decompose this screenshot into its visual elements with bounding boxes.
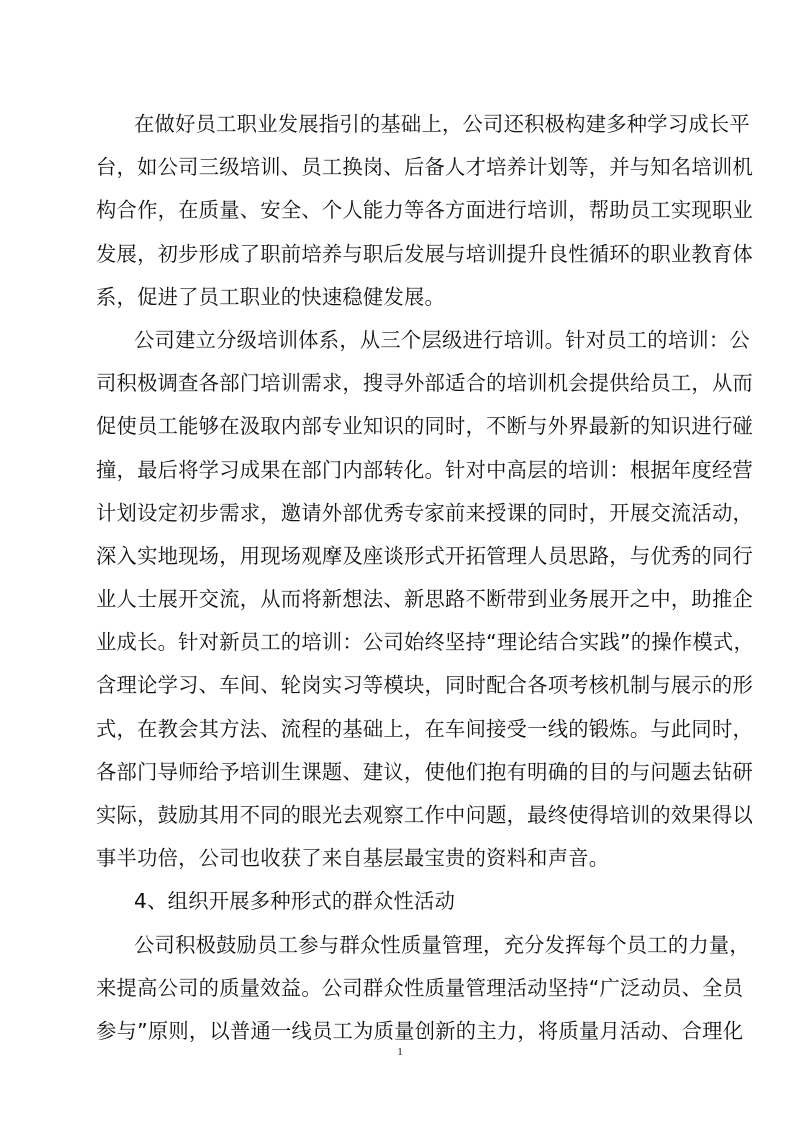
text-line: 业成长。针对新员工的培训：公司始终坚持“理论结合实践”的操作模式， (96, 621, 716, 664)
text-line: 式，在教会其方法、流程的基础上，在车间接受一线的锻炼。与此同时， (96, 708, 716, 751)
text-line: 撞，最后将学习成果在部门内部转化。针对中高层的培训：根据年度经营 (96, 449, 716, 492)
text-line: 来提高公司的质量效益。公司群众性质量管理活动坚持“广泛动员、全员 (96, 967, 716, 1010)
text-line: 台，如公司三级培训、员工换岗、后备人才培养计划等，并与知名培训机 (96, 146, 716, 189)
text-line: 事半功倍，公司也收获了来自基层最宝贵的资料和声音。 (96, 837, 716, 880)
text-line: 在做好员工职业发展指引的基础上，公司还积极构建多种学习成长平 (96, 103, 716, 146)
text-line: 公司建立分级培训体系，从三个层级进行培训。针对员工的培训：公 (96, 319, 716, 362)
section-heading-4: 4、组织开展多种形式的群众性活动 (96, 880, 716, 923)
text-line: 计划设定初步需求，邀请外部优秀专家前来授课的同时，开展交流活动， (96, 492, 716, 535)
section-heading-text: 4、组织开展多种形式的群众性活动 (96, 880, 716, 923)
paragraph-mass-quality-activities: 公司积极鼓励员工参与群众性质量管理，充分发挥每个员工的力量， 来提高公司的质量效… (96, 924, 716, 1054)
text-line: 深入实地现场，用现场观摩及座谈形式开拓管理人员思路，与优秀的同行 (96, 535, 716, 578)
document-page: 在做好员工职业发展指引的基础上，公司还积极构建多种学习成长平 台，如公司三级培训… (0, 0, 800, 1139)
text-line: 构合作，在质量、安全、个人能力等各方面进行培训，帮助员工实现职业 (96, 189, 716, 232)
text-line: 促使员工能够在汲取内部专业知识的同时，不断与外界最新的知识进行碰 (96, 405, 716, 448)
text-line: 实际，鼓励其用不同的眼光去观察工作中问题，最终使得培训的效果得以 (96, 794, 716, 837)
text-line: 司积极调查各部门培训需求，搜寻外部适合的培训机会提供给员工，从而 (96, 362, 716, 405)
text-line: 含理论学习、车间、轮岗实习等模块，同时配合各项考核机制与展示的形 (96, 664, 716, 707)
text-line: 公司积极鼓励员工参与群众性质量管理，充分发挥每个员工的力量， (96, 924, 716, 967)
paragraph-career-platform: 在做好员工职业发展指引的基础上，公司还积极构建多种学习成长平 台，如公司三级培训… (96, 103, 716, 319)
paragraph-tiered-training: 公司建立分级培训体系，从三个层级进行培训。针对员工的培训：公 司积极调查各部门培… (96, 319, 716, 880)
document-body: 在做好员工职业发展指引的基础上，公司还积极构建多种学习成长平 台，如公司三级培训… (96, 103, 716, 1053)
page-number: 1 (0, 1046, 800, 1058)
text-line: 发展，初步形成了职前培养与职后发展与培训提升良性循环的职业教育体 (96, 233, 716, 276)
text-line: 业人士展开交流，从而将新想法、新思路不断带到业务展开之中，助推企 (96, 578, 716, 621)
text-line: 各部门导师给予培训生课题、建议，使他们抱有明确的目的与问题去钻研 (96, 751, 716, 794)
text-line: 系，促进了员工职业的快速稳健发展。 (96, 276, 716, 319)
